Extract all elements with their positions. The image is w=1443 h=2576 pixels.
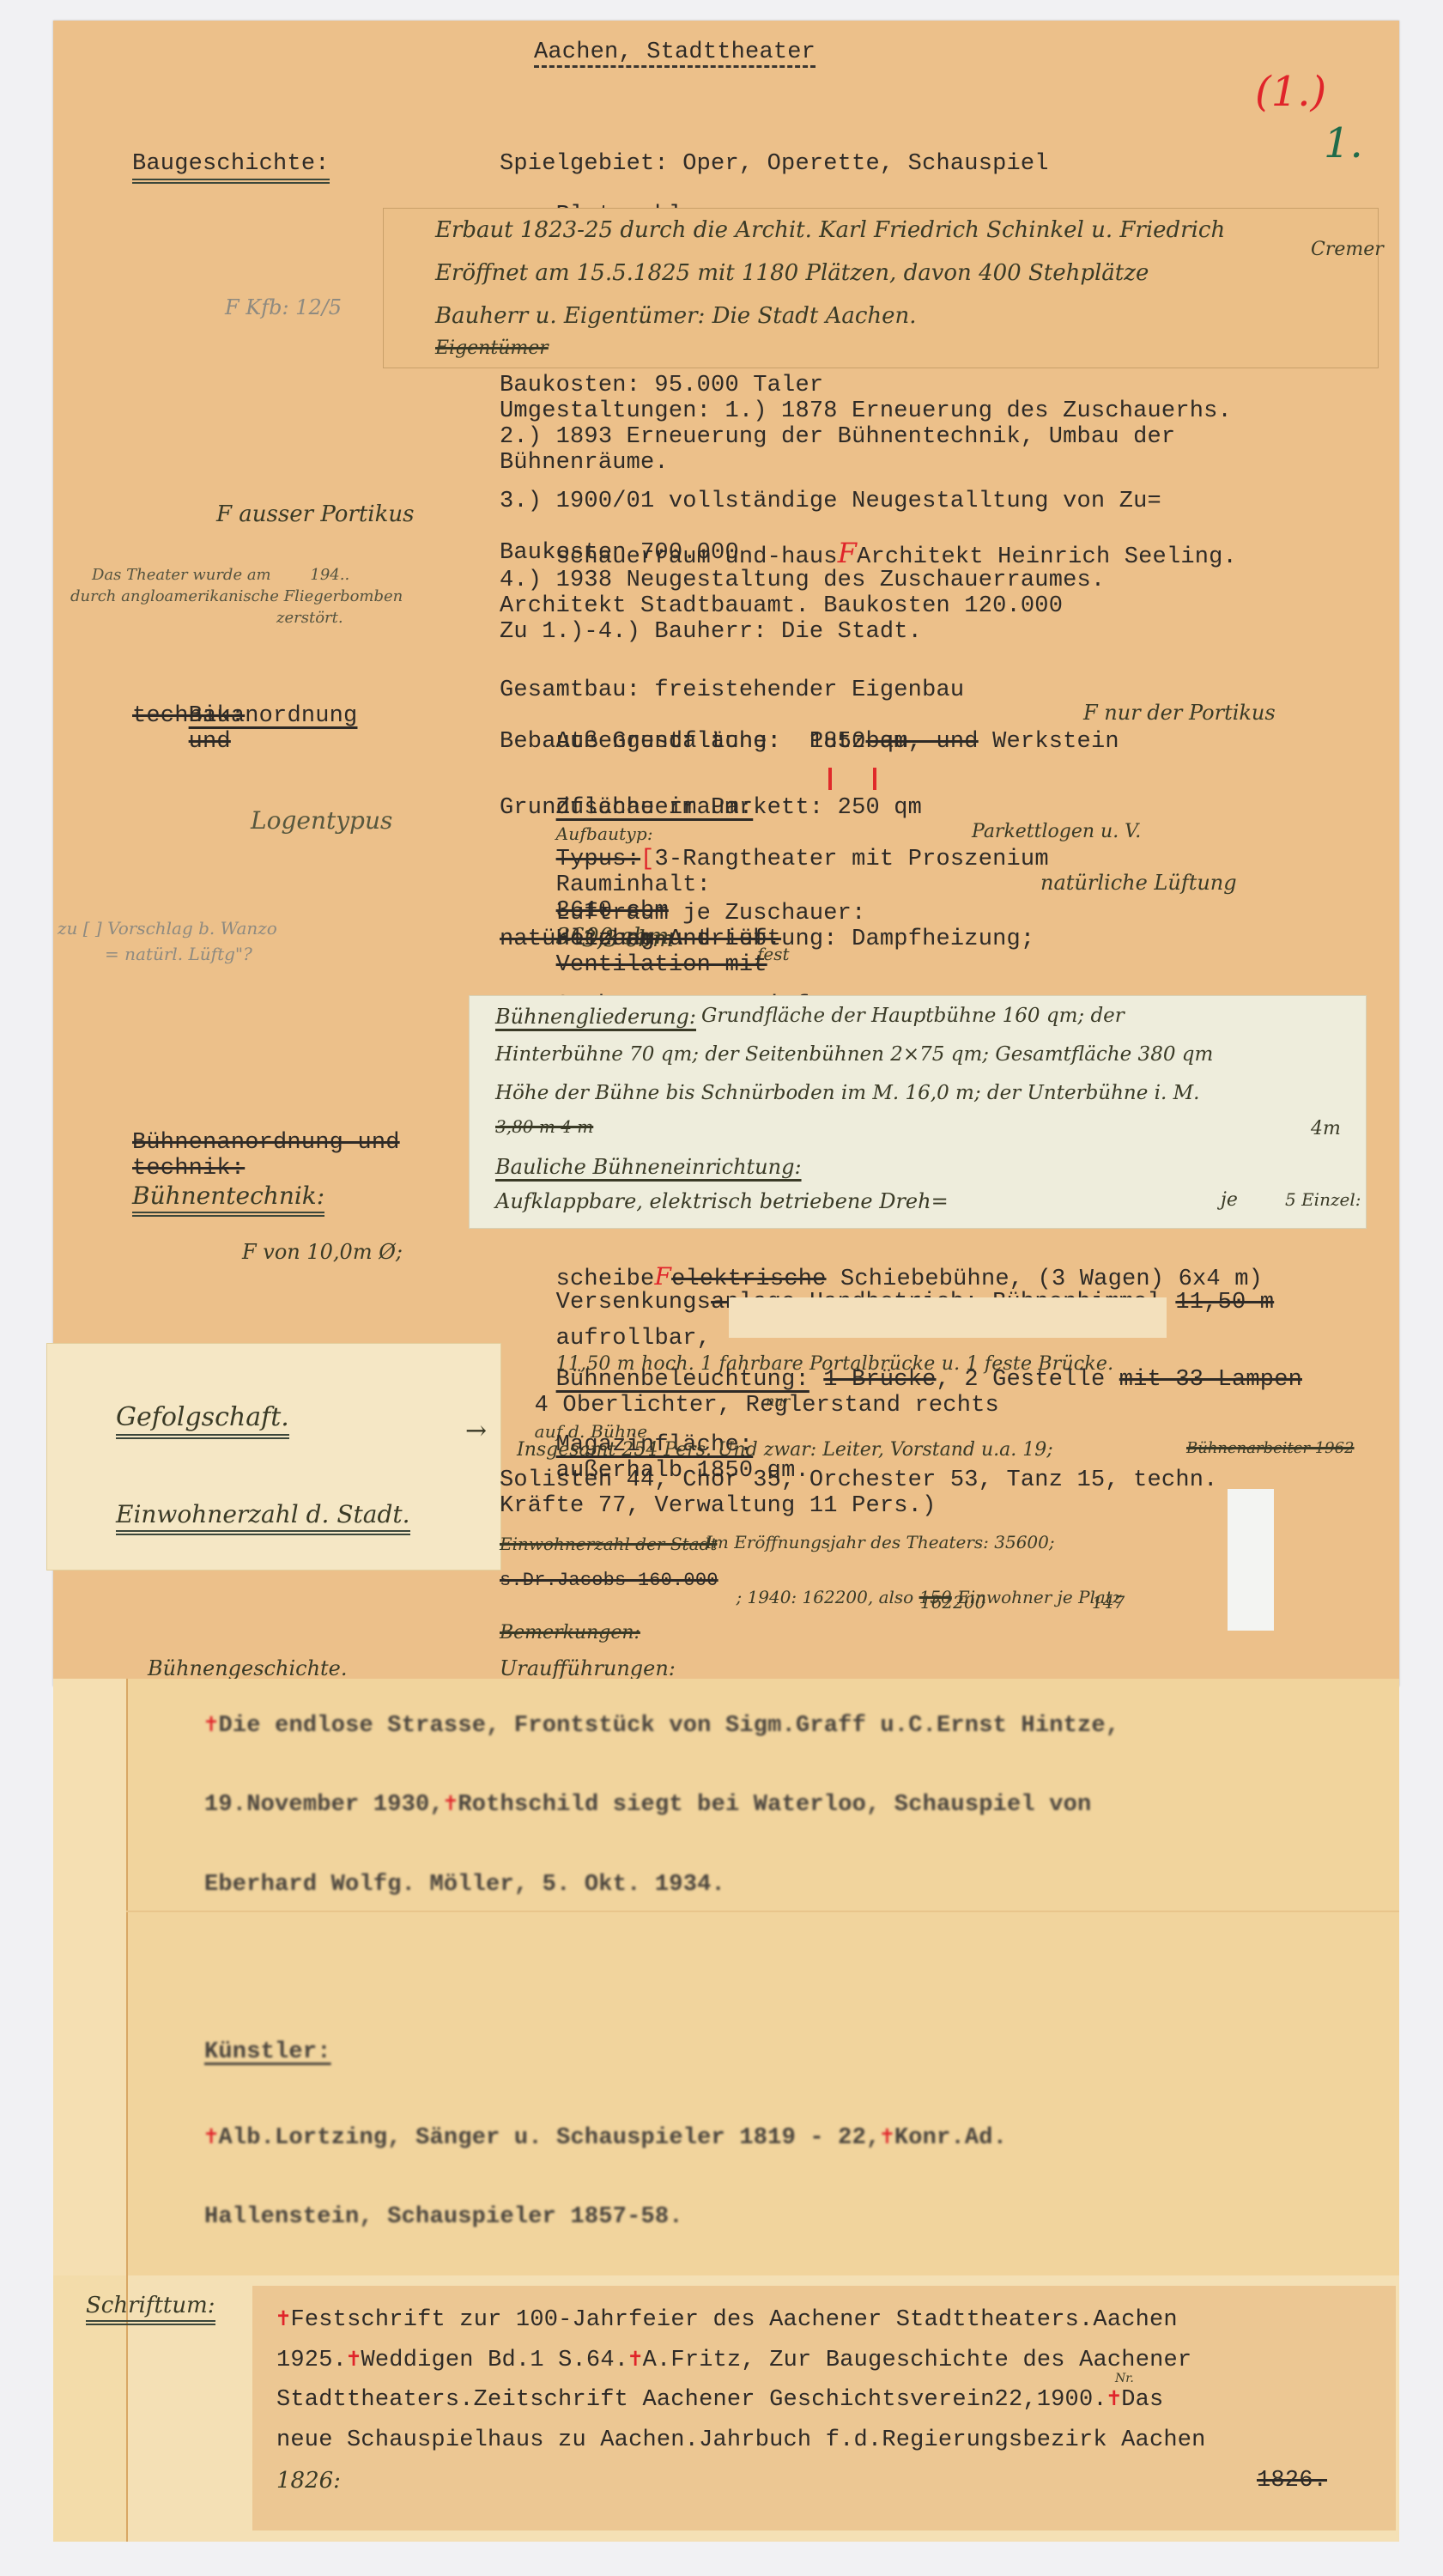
bemerkungen-struck: Bemerkungen:	[500, 1622, 640, 1643]
heizung-struck-2: natürlichem Antrieb.	[500, 927, 781, 952]
heizung-note: natürliche Lüftung	[1040, 871, 1237, 895]
card-line-5-einzel: 5 Einzel:	[1285, 1189, 1361, 1210]
beleuchtung-struck2: mit 33 Lampen	[1119, 1367, 1302, 1393]
lit-1826: 1826:	[276, 2468, 341, 2494]
margin-destroyed-0: Das Theater wurde am 194..	[92, 566, 349, 584]
red-cross-lit-3: ✝	[628, 2348, 642, 2373]
gefolgschaft-card: Gefolgschaft. Einwohnerzahl d. Stadt.	[46, 1343, 501, 1571]
umgestaltung-1: 2.) 1893 Erneuerung der Bühnentechnik, U…	[500, 424, 1175, 450]
einwohner-1940: ; 1940: 162200, also	[736, 1587, 913, 1607]
card-heading-2: Bauliche Bühneneinrichtung:	[495, 1155, 802, 1179]
translucent-overlay-sheet: ✝Die endlose Strasse, Frontstück von Sig…	[53, 1679, 1399, 2280]
lit-line-2: Stadttheaters.Zeitschrift Aachener Gesch…	[276, 2387, 1163, 2413]
section-label-gefolgschaft: Gefolgschaft.	[116, 1402, 289, 1439]
overlay-separator	[126, 1911, 1399, 1912]
einwohner-sub-1: 162200	[920, 1592, 985, 1613]
urauffuehrung-0-text: Die endlose Strasse, Frontstück von Sigm…	[218, 1713, 1119, 1739]
bebaute-grundflaeche: Bebaute Grundfläche: 1850 qm	[500, 729, 908, 755]
section-label-bauanordnung: Bauanordnung und	[132, 677, 357, 781]
red-cross-mark-2: ✝	[444, 1792, 458, 1818]
section-label-buehnentechnik: Bühnentechnik:	[132, 1182, 324, 1217]
red-cross-mark-3: ✝	[204, 2125, 218, 2151]
bauanordnung-struck: und	[189, 729, 231, 755]
erbaut-line: Erbaut 1823-25 durch die Archit. Karl Fr…	[435, 217, 1225, 243]
gefolgschaft-line-2: Solisten 44, Chor 35, Orchester 53, Tanz…	[500, 1467, 1218, 1493]
urauffuehrung-2-text: Rothschild siegt bei Waterloo, Schauspie…	[458, 1792, 1091, 1818]
page-number-red: (1.)	[1255, 68, 1326, 116]
einwohner-note-2: ; 1940: 162200, also 150 Einwohner je Pl…	[714, 1566, 1121, 1628]
lit-struck-1826: 1826.	[1257, 2468, 1327, 2494]
section-label-baugeschichte: Baugeschichte:	[132, 151, 330, 184]
gefolgschaft-handline: Insgesamt 254 Pers. Und zwar: Leiter, Vo…	[517, 1439, 1053, 1461]
buehnengliederung-card: Bühnengliederung: Grundfläche der Hauptb…	[469, 995, 1367, 1229]
red-cross-lit-1: ✝	[276, 2307, 290, 2333]
kuenstler-0: ✝Alb.Lortzing, Sänger u. Schauspieler 18…	[204, 2125, 1007, 2151]
bauanordnung-technik-struck: technik:	[132, 703, 245, 729]
lit-1925: 1925.	[276, 2348, 347, 2373]
gesamtbau: Gesamtbau: freistehender Eigenbau	[500, 677, 964, 703]
pencil-margin-0: zu [ ] Vorschlag b. Wanzo	[58, 918, 277, 939]
pasted-note-construction: Erbaut 1823-25 durch die Archit. Karl Fr…	[383, 208, 1379, 368]
lit-zeitschrift: Stadttheaters.Zeitschrift Aachener Gesch…	[276, 2387, 995, 2413]
urauffuehrung-3: Eberhard Wolfg. Möller, 5. Okt. 1934.	[204, 1872, 725, 1898]
gefolgschaft-struck: Bühnenarbeiter 1962	[1186, 1439, 1355, 1457]
umgestaltung-0: Umgestaltungen: 1.) 1878 Erneuerung des …	[500, 398, 1232, 424]
urauffuehrung-0: ✝Die endlose Strasse, Frontstück von Sig…	[204, 1713, 1119, 1739]
card-line-1: Grundfläche der Hauptbühne 160 qm; der	[701, 1005, 1125, 1027]
margin-ausser-portikus: F ausser Portikus	[216, 501, 414, 527]
card-line-2: Hinterbühne 70 qm; der Seitenbühnen 2×75…	[495, 1043, 1213, 1066]
einwohner-struck-2: s.Dr.Jacobs 160.000	[500, 1568, 718, 1594]
red-bracket	[828, 768, 876, 790]
orchester-insert: fest	[757, 944, 790, 964]
erbaut-cremer: Cremer	[1311, 239, 1384, 260]
lit-weddigen: Weddigen Bd.1 S.64.	[361, 2348, 628, 2373]
section-label-einwohnerzahl: Einwohnerzahl d. Stadt.	[116, 1500, 410, 1535]
umgestaltung-8: Architekt Stadtbauamt. Baukosten 120.000	[500, 593, 1063, 619]
margin-von-10m: F von 10,0m Ø;	[242, 1240, 403, 1264]
umgestaltung-2: Bühnenräume.	[500, 450, 669, 476]
eigentuemer-struck: Eigentümer	[435, 337, 549, 359]
red-cross-mark: ✝	[204, 1713, 218, 1739]
lit-line-0: ✝Festschrift zur 100-Jahrfeier des Aache…	[276, 2307, 1178, 2333]
eroeffnet-line: Eröffnet am 15.5.1825 mit 1180 Plätzen, …	[435, 260, 1149, 286]
card-line-4-note: 4m	[1311, 1118, 1341, 1139]
umgestaltung-6: Baukosten 700.000	[500, 540, 739, 566]
document-title: Aachen, Stadttheater	[534, 39, 815, 68]
card-line-3: Höhe der Bühne bis Schnürboden im M. 16,…	[495, 1082, 1200, 1104]
red-cross-lit-2: ✝	[347, 2348, 361, 2373]
red-f-mark: F	[838, 537, 857, 569]
bauherr-line: Bauherr u. Eigentümer: Die Stadt Aachen.	[435, 303, 917, 329]
card-line-5-je: je	[1221, 1189, 1238, 1211]
kuenstler-1-text: Konr.Ad.	[894, 2125, 1007, 2151]
gefolgschaft-line-3: Kräfte 77, Verwaltung 11 Pers.)	[500, 1493, 936, 1519]
umgestaltung-7: 4.) 1938 Neugestaltung des Zuschauerraum…	[500, 568, 1105, 593]
lit-das: Das	[1121, 2387, 1163, 2413]
card-line-5: Aufklappbare, elektrisch betriebene Dreh…	[495, 1189, 949, 1213]
red-cross-mark-4: ✝	[880, 2125, 894, 2151]
lit-fritz: A.Fritz, Zur Baugeschichte des Aachener	[643, 2348, 1192, 2373]
aussen-rest: Werkstein	[992, 729, 1119, 755]
lit-line-1: 1925.✝Weddigen Bd.1 S.64.✝A.Fritz, Zur B…	[276, 2348, 1191, 2373]
margin-destroyed-2: zerstört.	[276, 609, 343, 627]
urauffuehrung-1: 19.November 1930,✝Rothschild siegt bei W…	[204, 1792, 1091, 1818]
kuenstler-2: Hallenstein, Schauspieler 1857-58.	[204, 2204, 683, 2230]
einwohner-sub-2: 147	[1092, 1592, 1125, 1613]
card-line-4-struck: 3,80 m 4 m	[495, 1116, 593, 1137]
umgestaltung-9: Zu 1.)-4.) Bauherr: Die Stadt.	[500, 619, 922, 645]
parkett: Grundfläche im Parkett: 250 qm	[500, 795, 922, 821]
white-paste-strip	[1228, 1489, 1274, 1631]
typed2-struck2: 11,50 m	[1175, 1290, 1274, 1315]
baukosten: Baukosten: 95.000 Taler	[500, 373, 823, 398]
urauffuehrung-1-text: 19.November 1930,	[204, 1792, 444, 1818]
margin-logentypus: Logentypus	[251, 806, 392, 835]
spielgebiet: Spielgebiet: Oper, Operette, Schauspiel	[500, 151, 1049, 177]
einwohner-note-1: Im Eröffnungsjahr des Theaters: 35600;	[706, 1532, 1055, 1552]
card-heading-1: Bühnengliederung:	[495, 1005, 696, 1029]
pencil-margin-kfb: F Kfb: 12/5	[225, 295, 342, 319]
typus-note: Parkettlogen u. V.	[972, 821, 1141, 842]
lit-line-3: neue Schauspielhaus zu Aachen.Jahrbuch f…	[276, 2427, 1206, 2453]
section-label-schrifttum: Schrifttum:	[86, 2293, 215, 2325]
margin-destroyed-1: durch angloamerikanische Fliegerbomben	[70, 587, 403, 605]
document-sheet: Aachen, Stadttheater (1.) 1. Baugeschich…	[53, 21, 1399, 1686]
pencil-margin-1: = natürl. Lüftg"?	[105, 944, 252, 964]
lit-festschrift: Festschrift zur 100-Jahrfeier des Aachen…	[290, 2307, 1177, 2333]
literature-card: ✝Festschrift zur 100-Jahrfeier des Aache…	[252, 2286, 1396, 2530]
buehnenanordnung-struck: Bühnenanordnung und	[132, 1130, 400, 1156]
einwohner-struck: Einwohnerzahl der Stadt	[500, 1534, 717, 1554]
page-number-green: 1.	[1324, 119, 1363, 167]
overlay-strip	[53, 1679, 128, 2280]
umgestaltung-3: 3.) 1900/01 vollständige Neugestalltung …	[500, 489, 1161, 514]
lit-note-nr: Nr.	[1115, 2372, 1134, 2385]
umgestaltung-4b: Architekt Heinrich Seeling.	[857, 544, 1237, 570]
aussen-note: F nur der Portikus	[1083, 701, 1276, 725]
typus-value: 3-Rangtheater mit Proszenium	[654, 847, 1048, 872]
red-cross-lit-4: ✝	[1107, 2387, 1121, 2413]
lit-22-1900: 22,1900.	[995, 2387, 1107, 2413]
buehnenanordnung-technik-struck: technik:	[132, 1156, 245, 1182]
kuenstler-label: Künstler:	[204, 2039, 331, 2065]
arrow-gefolgschaft: →	[465, 1416, 487, 1446]
kuenstler-0-text: Alb.Lortzing, Sänger u. Schauspieler 181…	[218, 2125, 880, 2151]
